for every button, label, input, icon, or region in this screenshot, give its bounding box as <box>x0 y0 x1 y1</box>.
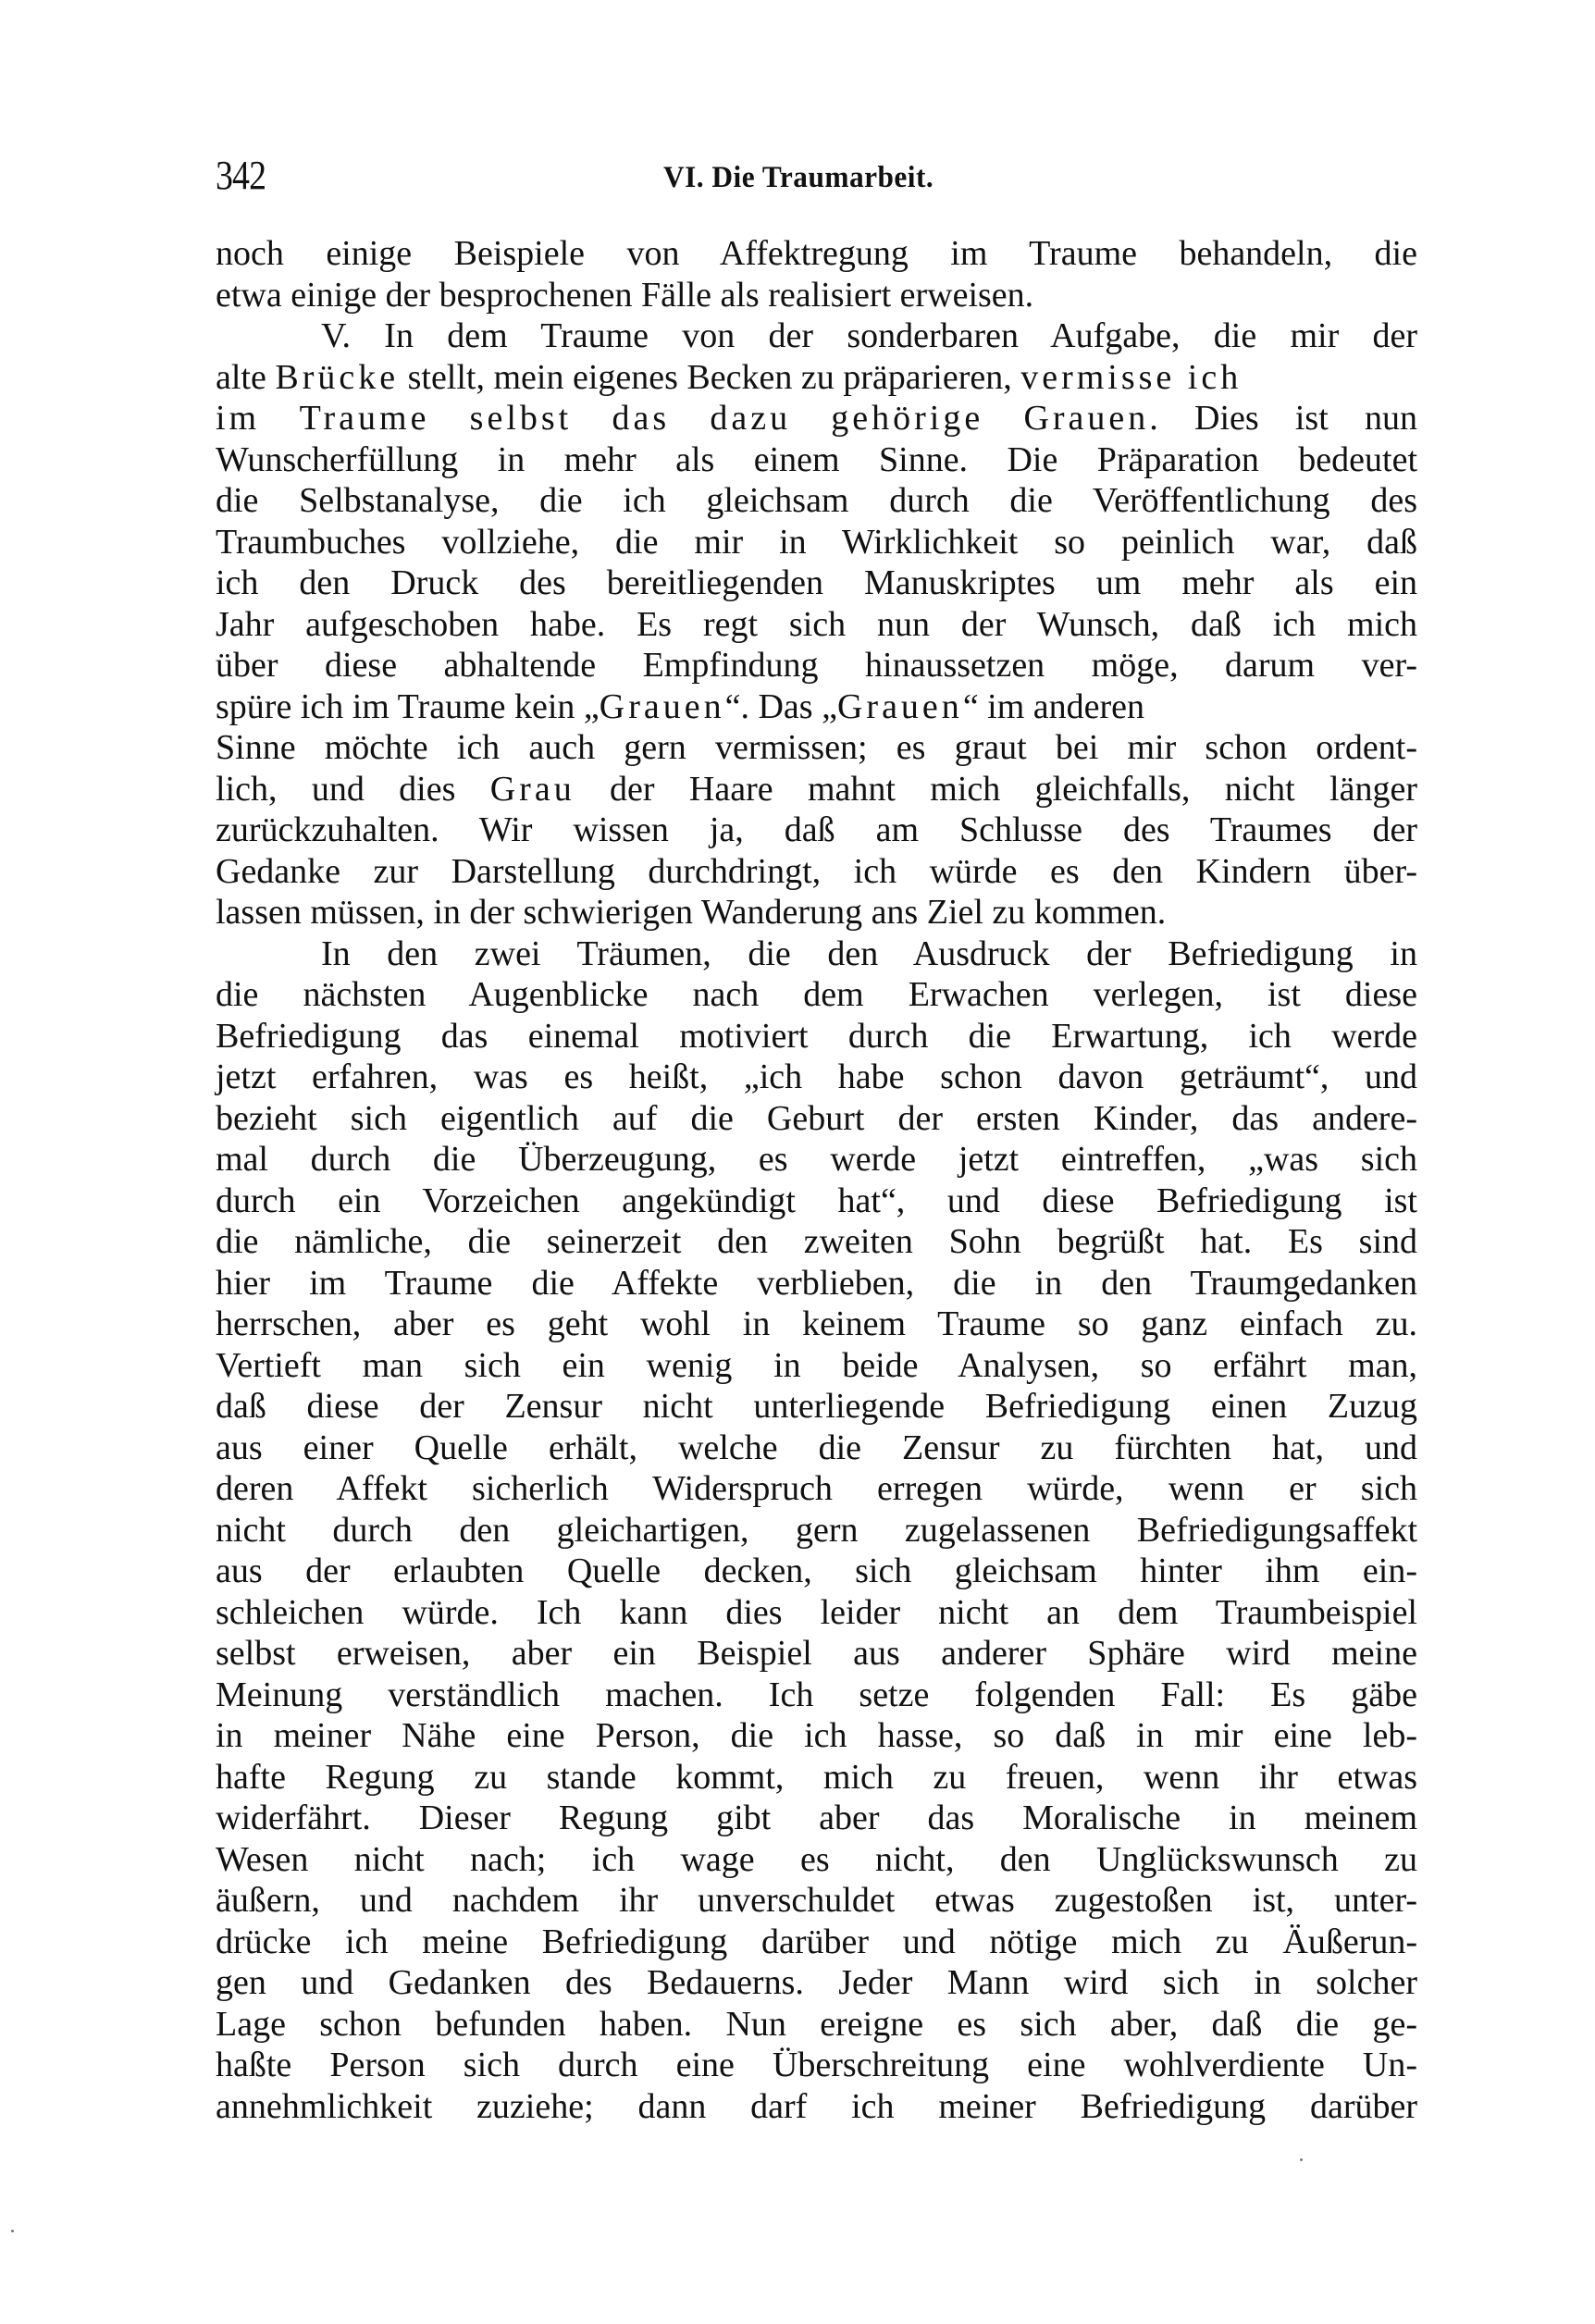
text-line: lich, und dies Grau der Haare mahnt mich… <box>216 769 1417 810</box>
text-line: die nächsten Augenblicke nach dem Erwach… <box>216 974 1417 1016</box>
text-line: Wesen nicht nach; ich wage es nicht, den… <box>216 1839 1417 1881</box>
text-line: noch einige Beispiele von Affektregung i… <box>216 233 1417 275</box>
text-line: Sinne möchte ich auch gern vermissen; es… <box>216 727 1417 769</box>
text-line: ich den Druck des bereitliegenden Manusk… <box>216 562 1417 604</box>
text-line: spüre ich im Traume kein „Grauen“. Das „… <box>216 686 1417 728</box>
spaced-emphasis: Grauen <box>600 687 725 726</box>
scan-speck <box>1300 2158 1303 2161</box>
text-line: über diese abhaltende Empfindung hinauss… <box>216 645 1417 686</box>
chapter-title: VI. Die Traumarbeit. <box>663 161 934 194</box>
text-line: äußern, und nachdem ihr unverschuldet et… <box>216 1880 1417 1922</box>
text-line: im Traume selbst das dazu gehörige Graue… <box>216 398 1417 439</box>
paragraph-start-line: In den zwei Träumen, die den Ausdruck de… <box>216 933 1417 975</box>
text-line: die nämliche, die seinerzeit den zweiten… <box>216 1221 1417 1263</box>
running-head: 342 VI. Die Traumarbeit. <box>216 155 1417 196</box>
text-line: widerfährt. Dieser Regung gibt aber das … <box>216 1798 1417 1839</box>
text-line: aus der erlaubten Quelle decken, sich gl… <box>216 1551 1417 1592</box>
text-line: gen und Gedanken des Bedauerns. Jeder Ma… <box>216 1962 1417 2004</box>
paragraph-start-line: V. In dem Traume von der sonderbaren Auf… <box>216 315 1417 357</box>
text-line: deren Affekt sicherlich Widerspruch erre… <box>216 1468 1417 1510</box>
text-line: Vertieft man sich ein wenig in beide Ana… <box>216 1345 1417 1387</box>
spaced-emphasis: vermisse ich <box>1020 358 1242 397</box>
page-number: 342 <box>216 155 266 196</box>
spaced-emphasis: Grau <box>490 770 575 809</box>
text-line: Lage schon befunden haben. Nun ereigne e… <box>216 2004 1417 2046</box>
text-line: bezieht sich eigentlich auf die Geburt d… <box>216 1098 1417 1140</box>
text-line: Jahr aufgeschoben habe. Es regt sich nun… <box>216 604 1417 646</box>
text-line: nicht durch den gleichartigen, gern zuge… <box>216 1510 1417 1551</box>
text-line: lassen müssen, in der schwierigen Wander… <box>216 892 1417 933</box>
text-line: haßte Person sich durch eine Überschreit… <box>216 2045 1417 2086</box>
text-line: jetzt erfahren, was es heißt, „ich habe … <box>216 1057 1417 1098</box>
text-line: hafte Regung zu stande kommt, mich zu fr… <box>216 1757 1417 1799</box>
body-text: noch einige Beispiele von Affektregung i… <box>216 233 1417 2127</box>
text-line: aus einer Quelle erhält, welche die Zens… <box>216 1428 1417 1469</box>
text-line: Wunscherfüllung in mehr als einem Sinne.… <box>216 439 1417 481</box>
scan-speck <box>11 2230 14 2232</box>
text-line: zurückzuhalten. Wir wissen ja, daß am Sc… <box>216 810 1417 851</box>
text-line: alte Brücke stellt, mein eigenes Becken … <box>216 357 1417 399</box>
text-line: durch ein Vorzeichen angekündigt hat“, u… <box>216 1181 1417 1222</box>
text-line: annehmlichkeit zuziehe; dann darf ich me… <box>216 2086 1417 2128</box>
text-line: Meinung verständlich machen. Ich setze f… <box>216 1675 1417 1716</box>
scan-speck <box>1388 1004 1391 1007</box>
book-page: 342 VI. Die Traumarbeit. noch einige Bei… <box>0 0 1595 2324</box>
text-line: herrschen, aber es geht wohl in keinem T… <box>216 1304 1417 1345</box>
spaced-emphasis: Brücke <box>275 358 399 397</box>
spaced-emphasis: im Traume selbst das dazu gehörige Graue… <box>216 399 1149 438</box>
text-line: Gedanke zur Darstellung durchdringt, ich… <box>216 851 1417 893</box>
text-line: Traumbuches vollziehe, die mir in Wirkli… <box>216 522 1417 563</box>
text-line: daß diese der Zensur nicht unterliegende… <box>216 1386 1417 1428</box>
text-line: mal durch die Überzeugung, es werde jetz… <box>216 1139 1417 1181</box>
spaced-emphasis: Grauen <box>837 687 963 726</box>
text-line: Befriedigung das einemal motiviert durch… <box>216 1016 1417 1057</box>
text-line: hier im Traume die Affekte verblieben, d… <box>216 1263 1417 1304</box>
text-line: die Selbstanalyse, die ich gleichsam dur… <box>216 480 1417 522</box>
text-line: drücke ich meine Befriedigung darüber un… <box>216 1922 1417 1963</box>
text-line: selbst erweisen, aber ein Beispiel aus a… <box>216 1633 1417 1675</box>
text-line: schleichen würde. Ich kann dies leider n… <box>216 1592 1417 1634</box>
text-line: in meiner Nähe eine Person, die ich hass… <box>216 1715 1417 1757</box>
text-line: etwa einige der besprochenen Fälle als r… <box>216 275 1417 316</box>
